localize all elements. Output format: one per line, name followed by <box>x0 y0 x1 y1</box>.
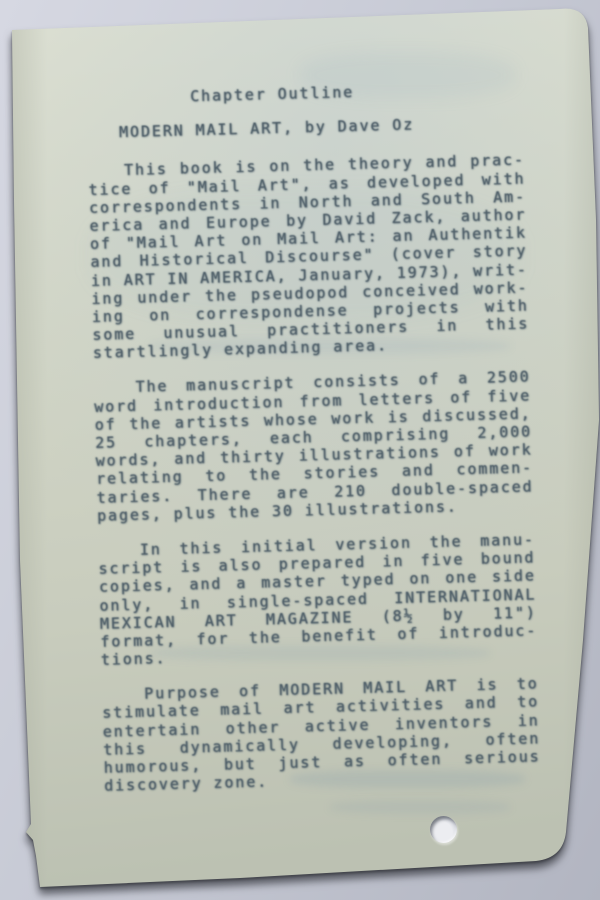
word: as <box>344 752 366 771</box>
word: North <box>299 192 354 212</box>
word: of <box>95 415 117 434</box>
word: serious <box>464 747 541 767</box>
word: in <box>518 711 540 730</box>
word: ing <box>91 289 124 308</box>
photo-background: Chapter Outline MODERN MAIL ART, by Dave… <box>0 0 600 900</box>
word: to <box>205 467 227 486</box>
word: 25 <box>95 433 117 452</box>
word: format, <box>100 631 177 651</box>
word: of <box>450 388 472 407</box>
word: relating <box>96 468 184 488</box>
word: for <box>196 629 229 648</box>
word: There <box>197 484 252 504</box>
word: consists <box>313 371 401 391</box>
word: one <box>445 568 478 587</box>
word: author <box>461 205 527 225</box>
word: also <box>218 556 262 575</box>
word: a <box>236 574 247 592</box>
word: letters <box>358 389 435 409</box>
word: copies, <box>99 576 176 596</box>
word: Europe <box>206 212 272 232</box>
word: story <box>472 242 527 262</box>
word: under <box>137 287 192 307</box>
paragraphs: Thisbookisonthetheoryandprac-ticeof"Mail… <box>88 151 541 795</box>
word: ing <box>92 307 125 326</box>
word: by <box>443 605 465 624</box>
word: in <box>436 316 458 335</box>
word: an <box>392 227 414 246</box>
word: "Mail <box>187 177 242 197</box>
word: the <box>249 628 282 647</box>
word: is <box>235 158 257 177</box>
word: theory <box>348 154 414 174</box>
word: just <box>278 753 322 772</box>
word: is <box>388 407 410 426</box>
paragraph: Inthisinitialversionthemanu-scriptisalso… <box>98 530 538 669</box>
word: MEXICAN <box>100 613 177 633</box>
word: and <box>371 191 404 210</box>
word: MAGAZINE <box>266 608 354 628</box>
word: 2,000 <box>477 422 532 442</box>
word: work <box>489 441 533 460</box>
word: whose <box>264 410 319 430</box>
word: with <box>485 296 529 315</box>
word: five <box>420 550 464 569</box>
word: word <box>94 396 138 415</box>
word: (cover <box>391 244 457 264</box>
word: on <box>269 157 291 176</box>
word: side <box>492 567 536 586</box>
hole-punch <box>430 816 457 843</box>
word: each <box>270 428 314 447</box>
word: other <box>225 718 280 738</box>
word: and <box>158 214 191 233</box>
word: January, <box>298 264 386 284</box>
word: writ- <box>473 260 528 280</box>
indent-space <box>98 541 122 560</box>
word: a <box>458 370 469 388</box>
word: Art: <box>335 228 379 247</box>
word: in <box>91 271 113 290</box>
word: and <box>189 575 222 594</box>
word: MAIL <box>363 678 407 697</box>
word: active <box>305 715 371 735</box>
word: of <box>418 370 440 389</box>
word: to <box>517 693 539 712</box>
paragraph: Themanuscriptconsistsofa2500wordintroduc… <box>94 368 535 525</box>
word: and <box>465 694 498 713</box>
word: of <box>90 235 112 254</box>
word: by <box>286 211 308 230</box>
word: this <box>103 739 147 758</box>
word: initial <box>241 536 318 556</box>
word: taries. <box>96 486 173 506</box>
indent-space <box>88 162 112 181</box>
word: Am- <box>493 187 526 206</box>
word: from <box>299 391 343 410</box>
word: artists <box>175 412 252 432</box>
word: in <box>382 552 404 571</box>
word: five <box>487 386 531 405</box>
word: typed <box>341 570 396 590</box>
word: ART <box>123 270 156 289</box>
word: on <box>241 231 263 250</box>
word: this <box>179 539 223 558</box>
word: only, <box>99 595 154 615</box>
word: 2500 <box>487 368 531 387</box>
word: The <box>135 377 168 396</box>
word: Art", <box>258 175 313 195</box>
word: with <box>481 169 525 188</box>
word: benefit <box>301 625 378 645</box>
paragraph: PurposeofMODERNMAILARTistostimulatemaila… <box>102 675 542 796</box>
word: some <box>92 325 136 344</box>
word: unusual <box>163 322 240 342</box>
word: (8½ <box>381 606 414 625</box>
word: Zack, <box>391 208 446 228</box>
word: bound <box>481 549 536 569</box>
word: script <box>98 558 164 578</box>
word: introduc- <box>439 621 538 642</box>
word: David <box>322 209 377 229</box>
word: in <box>179 594 201 613</box>
word: double-spaced <box>391 477 534 499</box>
word: tice <box>88 179 132 198</box>
word: Art <box>194 232 227 251</box>
word: Mail <box>277 229 321 248</box>
word: MODERN <box>279 680 345 700</box>
word: 11") <box>493 603 537 622</box>
word: are <box>277 483 310 502</box>
word: "Mail <box>126 233 181 253</box>
word: of <box>397 624 419 643</box>
word: the <box>303 156 336 175</box>
word: and <box>90 252 123 271</box>
word: this <box>485 315 529 334</box>
word: mail <box>220 700 264 719</box>
word: is <box>476 676 498 695</box>
word: of <box>239 682 261 701</box>
word: version <box>335 534 412 554</box>
word: work <box>331 408 375 427</box>
word: and <box>174 449 207 468</box>
word: is <box>180 557 202 576</box>
word: prac- <box>470 151 525 171</box>
word: This <box>124 160 168 179</box>
indent-space <box>102 685 126 704</box>
word: often <box>387 750 442 770</box>
word: and <box>402 461 435 480</box>
indent-space <box>94 379 118 398</box>
word: the <box>249 465 282 484</box>
word: stories <box>303 463 380 483</box>
word: on <box>149 306 171 325</box>
word: often <box>485 729 540 749</box>
word: ART <box>425 677 458 696</box>
word: the <box>205 286 238 305</box>
word: erica <box>89 215 144 235</box>
word: inventors <box>395 712 494 733</box>
word: South <box>421 189 476 209</box>
word: In <box>140 540 162 559</box>
word: AMERICA, <box>200 266 288 286</box>
word: of <box>454 442 476 461</box>
byline: MODERN MAIL ART, by Dave Oz <box>119 113 524 142</box>
word: Purpose <box>144 683 221 703</box>
word: master <box>261 572 327 592</box>
word: the <box>429 532 462 551</box>
word: manu- <box>480 530 535 550</box>
paragraph: Thisbookisonthetheoryandprac-ticeof"Mail… <box>88 151 530 362</box>
word: IN <box>167 269 189 288</box>
word: practitioners <box>267 318 410 340</box>
word: of <box>148 178 170 197</box>
word: to <box>517 675 539 694</box>
word: the <box>129 414 162 433</box>
typewritten-text: Chapter Outline MODERN MAIL ART, by Dave… <box>86 79 542 813</box>
word: thirty <box>220 447 286 467</box>
word: work- <box>473 278 528 298</box>
word: in <box>259 194 281 213</box>
word: 210 <box>334 481 367 500</box>
word: on <box>409 569 431 588</box>
word: 1973), <box>396 262 462 282</box>
word: but <box>224 755 257 774</box>
word: book <box>180 159 224 178</box>
word: projects <box>373 298 461 318</box>
word: and <box>425 153 458 172</box>
word: commen- <box>456 459 533 479</box>
word: ART <box>205 611 238 630</box>
word: as <box>329 174 351 193</box>
word: words, <box>95 450 161 470</box>
word: art <box>283 699 316 718</box>
